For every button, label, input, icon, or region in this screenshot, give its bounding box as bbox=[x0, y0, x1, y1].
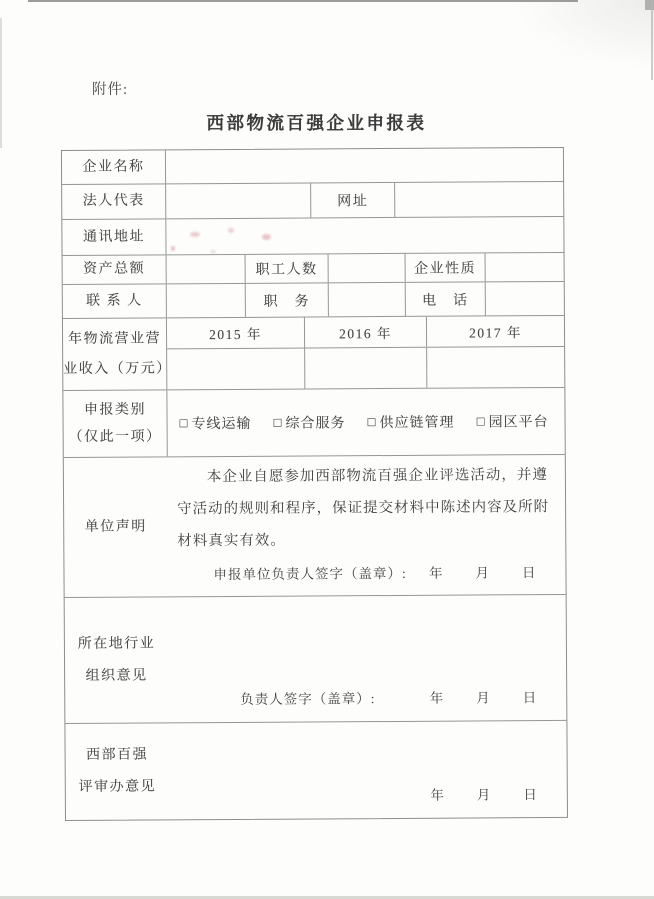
phone-label: 电 话 bbox=[405, 282, 485, 315]
org-opinion-label-line1: 所在地行业 bbox=[78, 628, 156, 660]
category-options: □专线运输 □综合服务 □供应链管理 □园区平台 bbox=[166, 388, 564, 456]
company-name-label: 企业名称 bbox=[62, 150, 165, 184]
declaration-text-line: 守活动的规则和程序，保证提交材料中陈述内容及所附 bbox=[175, 491, 557, 525]
revenue-value-2017 bbox=[426, 347, 564, 388]
row-org-opinion: 所在地行业 组织意见 负责人签字（盖章）: 年 月 日 bbox=[65, 594, 567, 723]
scan-edge-artifact-top bbox=[28, 0, 578, 2]
review-opinion-label: 西部百强 评审办意见 bbox=[65, 723, 169, 820]
stamp-smudge bbox=[210, 250, 216, 253]
revenue-year-2016: 2016 年 bbox=[304, 317, 426, 348]
staff-label: 职工人数 bbox=[245, 254, 328, 283]
row-declaration: 单位声明 本企业自愿参加西部物流百强企业评选活动，并遵 守活动的规则和程序，保证… bbox=[64, 454, 566, 597]
org-opinion-body: 负责人签字（盖章）: 年 月 日 bbox=[168, 595, 567, 722]
category-option-comprehensive-service: □综合服务 bbox=[274, 412, 346, 432]
org-opinion-label: 所在地行业 组织意见 bbox=[65, 597, 169, 723]
org-opinion-date-blanks: 年 月 日 bbox=[430, 686, 539, 707]
category-option-label: 供应链管理 bbox=[379, 416, 454, 431]
legal-rep-label: 法人代表 bbox=[62, 184, 165, 219]
declaration-text-line: 本企业自愿参加西部物流百强企业评选活动，并遵 bbox=[175, 459, 557, 493]
declaration-signature-row: 申报单位负责人签字（盖章）: 年 月 日 bbox=[175, 561, 557, 583]
revenue-label: 年物流营业营 业收入（万元） bbox=[63, 318, 166, 390]
checkbox-icon: □ bbox=[180, 415, 189, 430]
scan-edge-artifact-left bbox=[0, 18, 2, 148]
position-value bbox=[328, 283, 405, 316]
scanned-document-page: 附件: 西部物流百强企业申报表 企业名称 法人代表 网址 通讯地址 资产总额 职… bbox=[0, 0, 654, 899]
row-assets: 资产总额 职工人数 企业性质 bbox=[63, 252, 564, 284]
row-address: 通讯地址 bbox=[62, 216, 563, 255]
category-option-label: 综合服务 bbox=[285, 416, 345, 431]
page-title: 西部物流百强企业申报表 bbox=[65, 110, 568, 135]
assets-value bbox=[166, 255, 245, 283]
stamp-smudge bbox=[190, 232, 200, 237]
category-option-supply-chain: □供应链管理 bbox=[368, 412, 455, 433]
stamp-smudge bbox=[171, 246, 175, 251]
revenue-year-2017: 2017 年 bbox=[426, 316, 564, 347]
declaration-text-line: 材料真实有效。 bbox=[175, 523, 557, 557]
declaration-date-blanks: 年 月 日 bbox=[429, 561, 538, 582]
stamp-smudge bbox=[262, 234, 271, 240]
application-form-table: 企业名称 法人代表 网址 通讯地址 资产总额 职工人数 企业性质 联 系 人 bbox=[61, 147, 568, 821]
assets-label: 资产总额 bbox=[63, 255, 166, 284]
review-opinion-body: 年 月 日 bbox=[168, 721, 567, 819]
row-legal-rep: 法人代表 网址 bbox=[62, 181, 563, 219]
review-opinion-label-line2: 评审办意见 bbox=[78, 771, 156, 803]
row-contact: 联 系 人 职 务 电 话 bbox=[63, 281, 564, 318]
address-value bbox=[165, 217, 563, 254]
website-value bbox=[394, 182, 563, 217]
declaration-signature-label: 申报单位负责人签字（盖章）: bbox=[213, 562, 406, 583]
website-label: 网址 bbox=[310, 183, 394, 218]
checkbox-icon: □ bbox=[368, 414, 377, 429]
review-opinion-date-row: 年 月 日 bbox=[177, 783, 559, 805]
revenue-value-cells bbox=[167, 346, 564, 389]
row-revenue: 年物流营业营 业收入（万元） 2015 年 2016 年 2017 年 bbox=[63, 315, 564, 390]
revenue-label-line1: 年物流营业营 bbox=[68, 324, 161, 355]
revenue-value-2016 bbox=[304, 348, 426, 389]
category-option-dedicated-transport: □专线运输 bbox=[180, 413, 252, 433]
nature-value bbox=[485, 253, 564, 281]
revenue-label-line2: 业收入（万元） bbox=[63, 354, 166, 385]
category-option-label: 专线运输 bbox=[191, 417, 251, 432]
category-label-line1: 申报类别 bbox=[84, 396, 146, 423]
checkbox-icon: □ bbox=[274, 415, 283, 430]
category-label: 申报类别 （仅此一项） bbox=[63, 390, 166, 457]
revenue-year-headers: 2015 年 2016 年 2017 年 bbox=[167, 316, 564, 348]
declaration-body: 本企业自愿参加西部物流百强企业评选活动，并遵 守活动的规则和程序，保证提交材料中… bbox=[167, 455, 566, 596]
address-label: 通讯地址 bbox=[62, 219, 165, 255]
org-opinion-label-line2: 组织意见 bbox=[86, 660, 148, 692]
staff-value bbox=[328, 254, 405, 282]
stamp-smudge bbox=[228, 228, 234, 233]
revenue-year-2015: 2015 年 bbox=[167, 318, 304, 349]
review-opinion-label-line1: 西部百强 bbox=[86, 739, 148, 771]
row-category: 申报类别 （仅此一项） □专线运输 □综合服务 □供应链管理 □园区平台 bbox=[63, 387, 564, 457]
category-label-line2: （仅此一项） bbox=[69, 423, 162, 451]
revenue-value-2015 bbox=[167, 349, 304, 390]
review-opinion-date-blanks: 年 月 日 bbox=[430, 783, 539, 804]
org-opinion-signature-row: 负责人签字（盖章）: 年 月 日 bbox=[176, 686, 558, 708]
declaration-label: 单位声明 bbox=[64, 457, 168, 597]
checkbox-icon: □ bbox=[477, 413, 486, 428]
legal-rep-value bbox=[165, 183, 310, 218]
scan-shadow-tint bbox=[514, 0, 654, 70]
company-name-value bbox=[165, 148, 563, 183]
phone-value bbox=[485, 282, 564, 315]
category-option-park-platform: □园区平台 bbox=[477, 411, 549, 431]
contact-label: 联 系 人 bbox=[63, 284, 166, 318]
nature-label: 企业性质 bbox=[405, 253, 485, 281]
position-label: 职 务 bbox=[245, 283, 328, 317]
org-opinion-signature-label: 负责人签字（盖章）: bbox=[240, 687, 375, 708]
contact-value bbox=[166, 284, 245, 317]
attachment-label: 附件: bbox=[92, 78, 128, 99]
row-company-name: 企业名称 bbox=[62, 148, 563, 184]
revenue-years-grid: 2015 年 2016 年 2017 年 bbox=[166, 316, 564, 389]
category-option-label: 园区平台 bbox=[489, 415, 549, 430]
row-review-opinion: 西部百强 评审办意见 年 月 日 bbox=[65, 720, 567, 820]
